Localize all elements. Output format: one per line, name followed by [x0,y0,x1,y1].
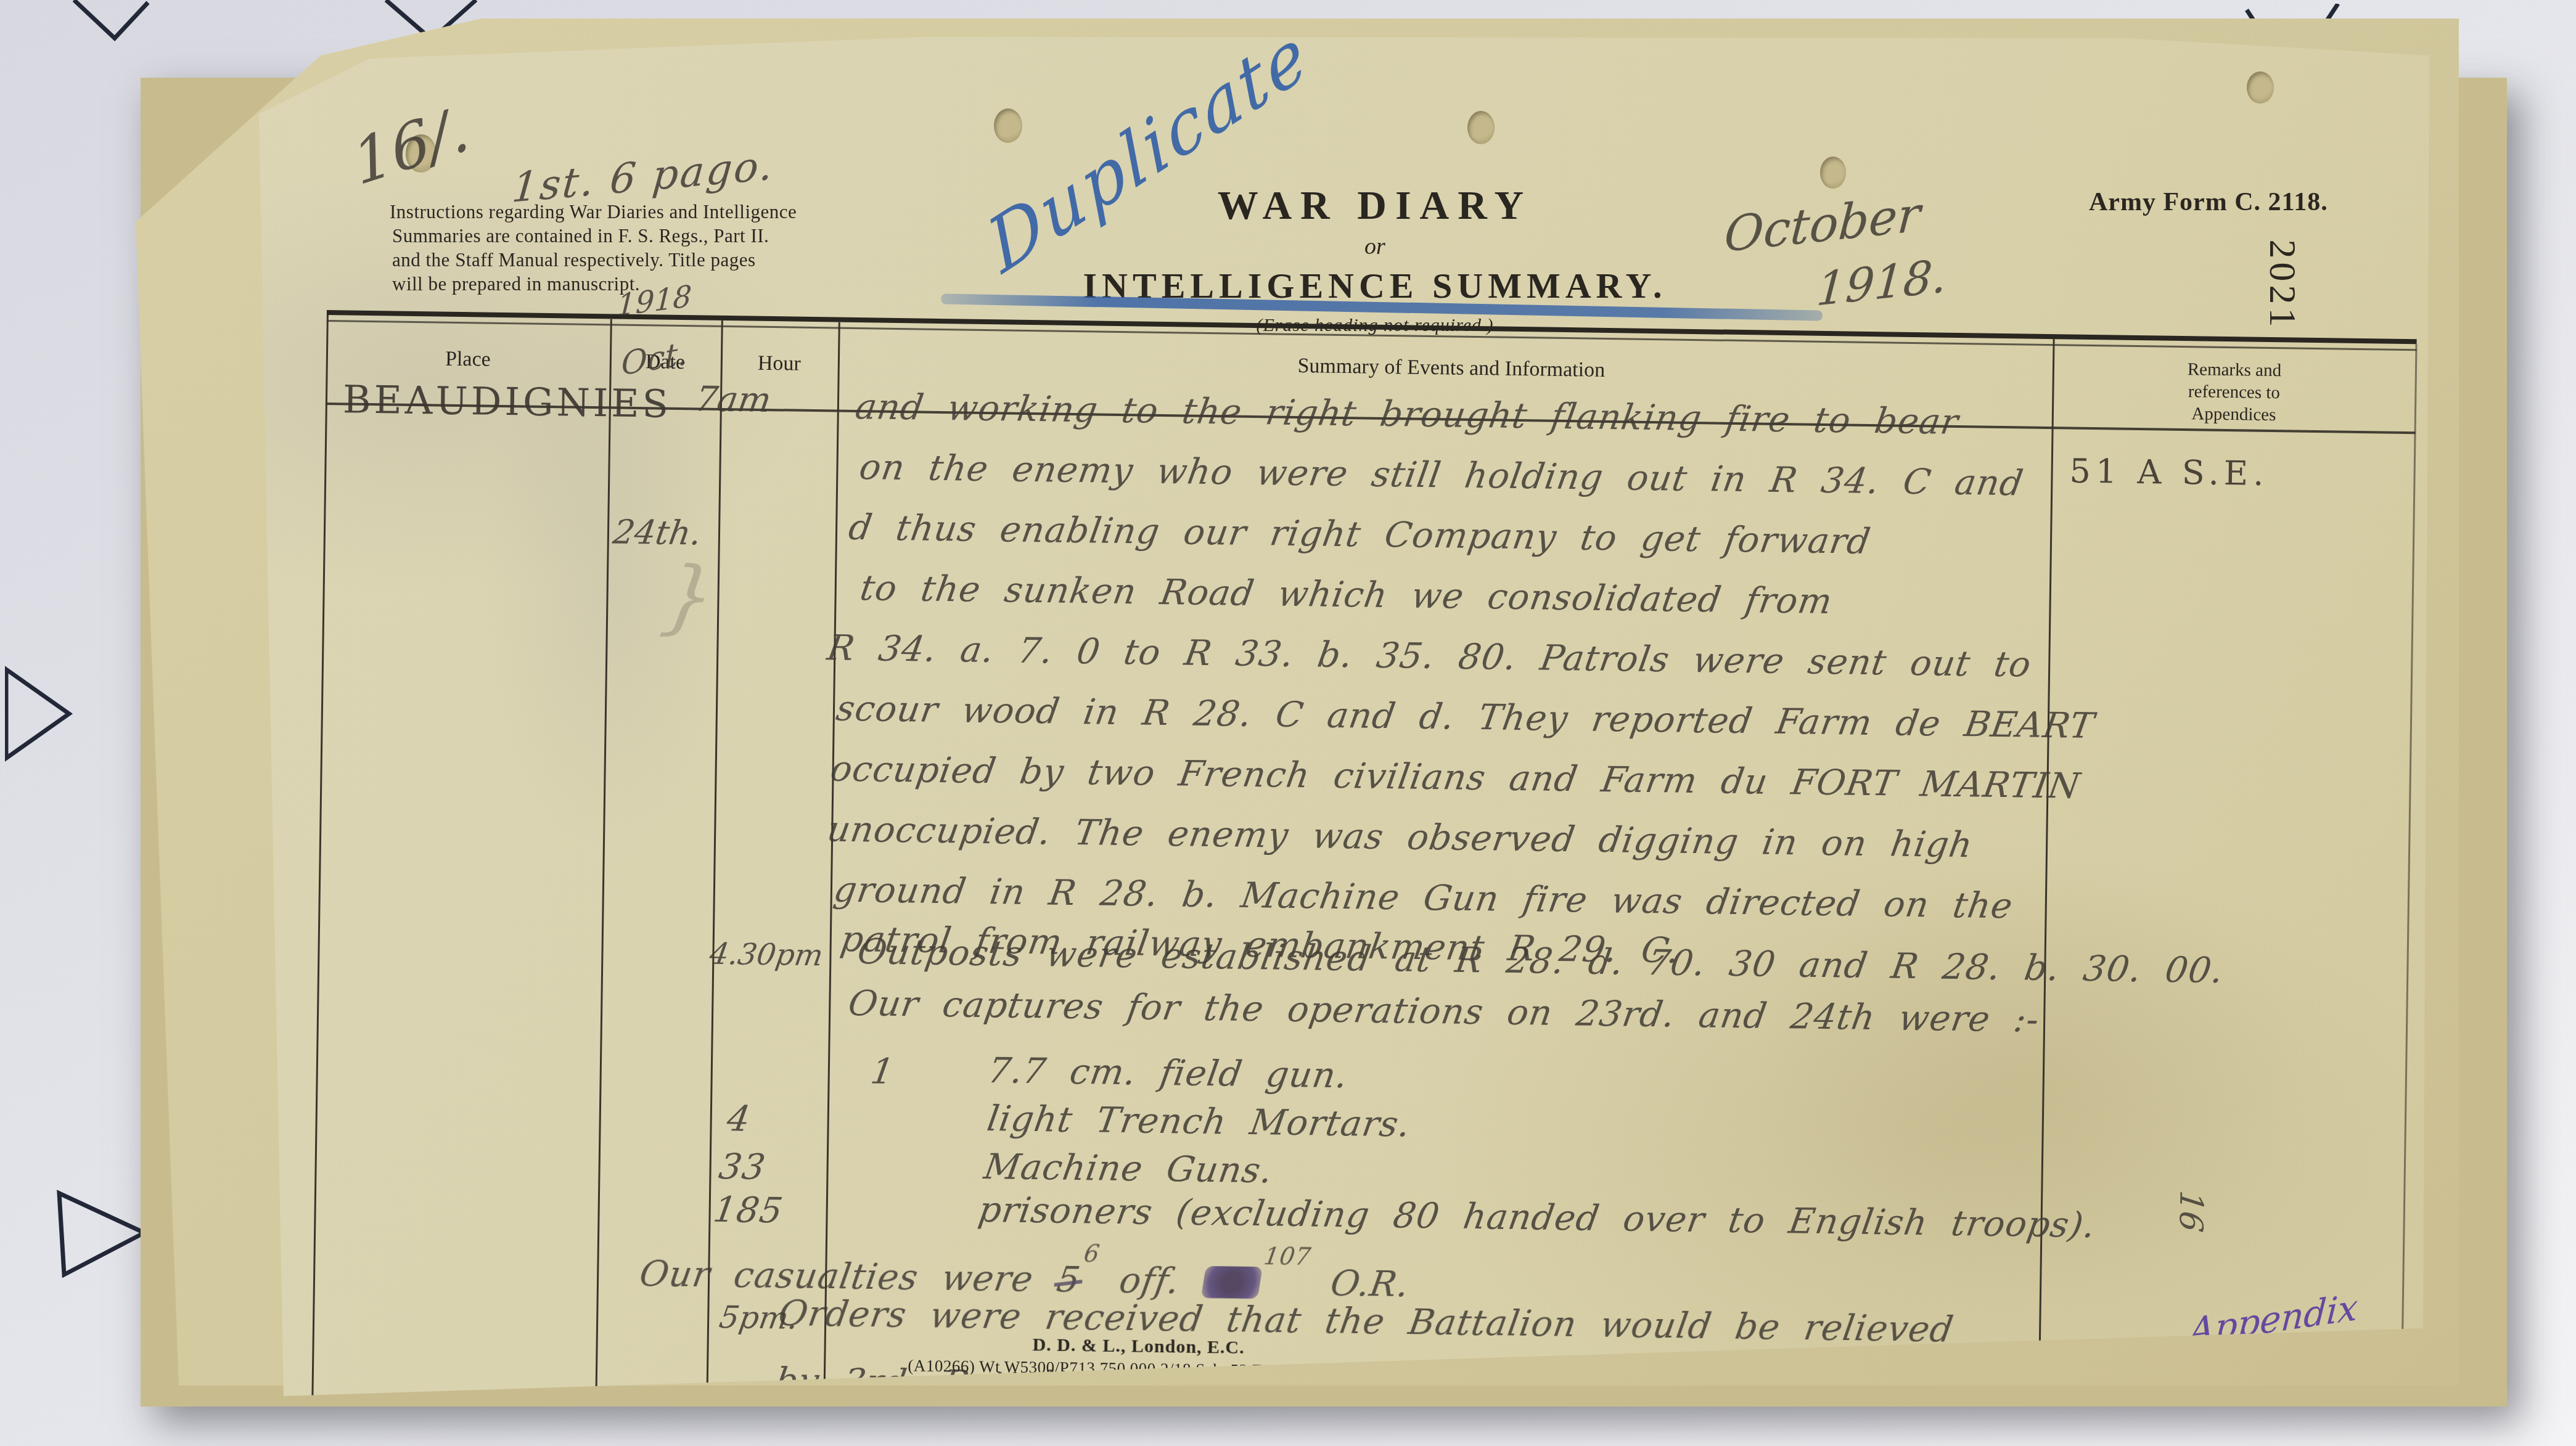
column-divider-summary-remarks [2038,339,2055,1424]
diary-line-captures-intro: Our captures for the operations on 23rd.… [845,983,2042,1040]
capture-item: Machine Guns. [982,1146,1276,1191]
casualties-officers-label: off. [1117,1260,1183,1301]
casualties-prefix: Our casualties were [637,1253,1036,1299]
diary-line: to the sunken Road which we consolidated… [858,568,1836,622]
punch-hole [994,108,1022,143]
war-diary-form-sheet: 16/. 1st. 6 pago. Instructions regarding… [148,36,2442,1410]
instructions-line: and the Staff Manual respectively. Title… [429,248,953,272]
column-divider-hour-summary [823,322,840,1407]
capture-qty: 33 [716,1146,769,1188]
registration-mark-left-middle [5,666,79,764]
diary-line: ground in R 28. b. Machine Gun fire was … [831,870,2016,927]
remarks-side-number: 16 [2172,1189,2210,1234]
instructions-line: Summaries are contained in F. S. Regs., … [429,224,953,248]
capture-qty: 185 [711,1190,786,1231]
diary-line: scour wood in R 28. C and d. They report… [834,688,2097,746]
punch-hole [1467,111,1495,144]
diary-line: d thus enabling our right Company to get… [846,507,1873,562]
table-left-border [311,315,329,1400]
column-header-summary: Summary of Events and Information [1004,350,1898,386]
entry-hour-430pm: 4.30pm [707,937,826,973]
column-header-hour: Hour [724,351,835,377]
punch-hole [2247,71,2274,104]
column-header-place: Place [351,346,585,373]
remarks-reference: 51 A S.E. [2069,451,2269,493]
entry-date-24th: 24th. [610,513,704,553]
diary-line: and working to the right brought flankin… [853,386,1962,443]
ink-blot [1201,1266,1263,1299]
capture-item: prisoners (excluding 80 handed over to E… [976,1190,2099,1246]
diary-table: Place Date Hour Summary of Events and In… [311,310,2417,1442]
scanned-war-diary-page: 16/. 1st. 6 pago. Instructions regarding… [0,0,2576,1446]
capture-item: light Trench Mortars. [985,1098,1414,1145]
casualties-or-label: O.R. [1328,1263,1413,1305]
faint-pencil-bracket: } [656,549,721,643]
casualties-officers-struck: 5 [1054,1259,1083,1300]
handwritten-date-month: Oct. [621,335,688,383]
diary-line-outposts: Outposts were established at R 28. d. 70… [855,931,2226,991]
handwritten-month: October [1723,187,1922,264]
column-divider-place-date [595,319,612,1403]
capture-qty: 1 [868,1052,897,1092]
registration-mark-bottom-left [55,1171,154,1282]
table-right-border [2401,344,2418,1392]
diary-line: on the enemy who were still holding out … [856,447,2026,504]
casualties-officers-corrected: 6 [1082,1240,1102,1267]
diary-line: R 34. a. 7. 0 to R 33. b. 35. 80. Patrol… [824,627,2034,685]
entry-hour-7am: 7am [692,379,774,420]
column-divider-date-hour [706,321,723,1405]
handwritten-page-number: 16/. [347,92,475,200]
remarks-header-line: Appendices [2061,401,2406,428]
diary-line: occupied by two French civilians and Far… [828,749,2083,807]
instructions-line: Instructions regarding War Diaries and I… [429,200,953,224]
capture-qty: 4 [724,1098,753,1139]
registration-mark-top-left [55,0,191,55]
column-header-remarks: Remarks and references to Appendices [2061,356,2407,428]
army-form-number: Army Form C. 2118. [2089,187,2328,217]
handwritten-year: 1918. [1815,249,1949,316]
diary-line: unoccupied. The enemy was observed diggi… [824,809,1975,865]
entry-place: BEAUDIGNIES [342,377,671,426]
form-title-or: or [999,233,1751,260]
casualties-or-corrected: 107 [1262,1243,1313,1270]
punch-hole [1820,157,1846,189]
capture-item: 7.7 cm. field gun. [985,1050,1351,1096]
